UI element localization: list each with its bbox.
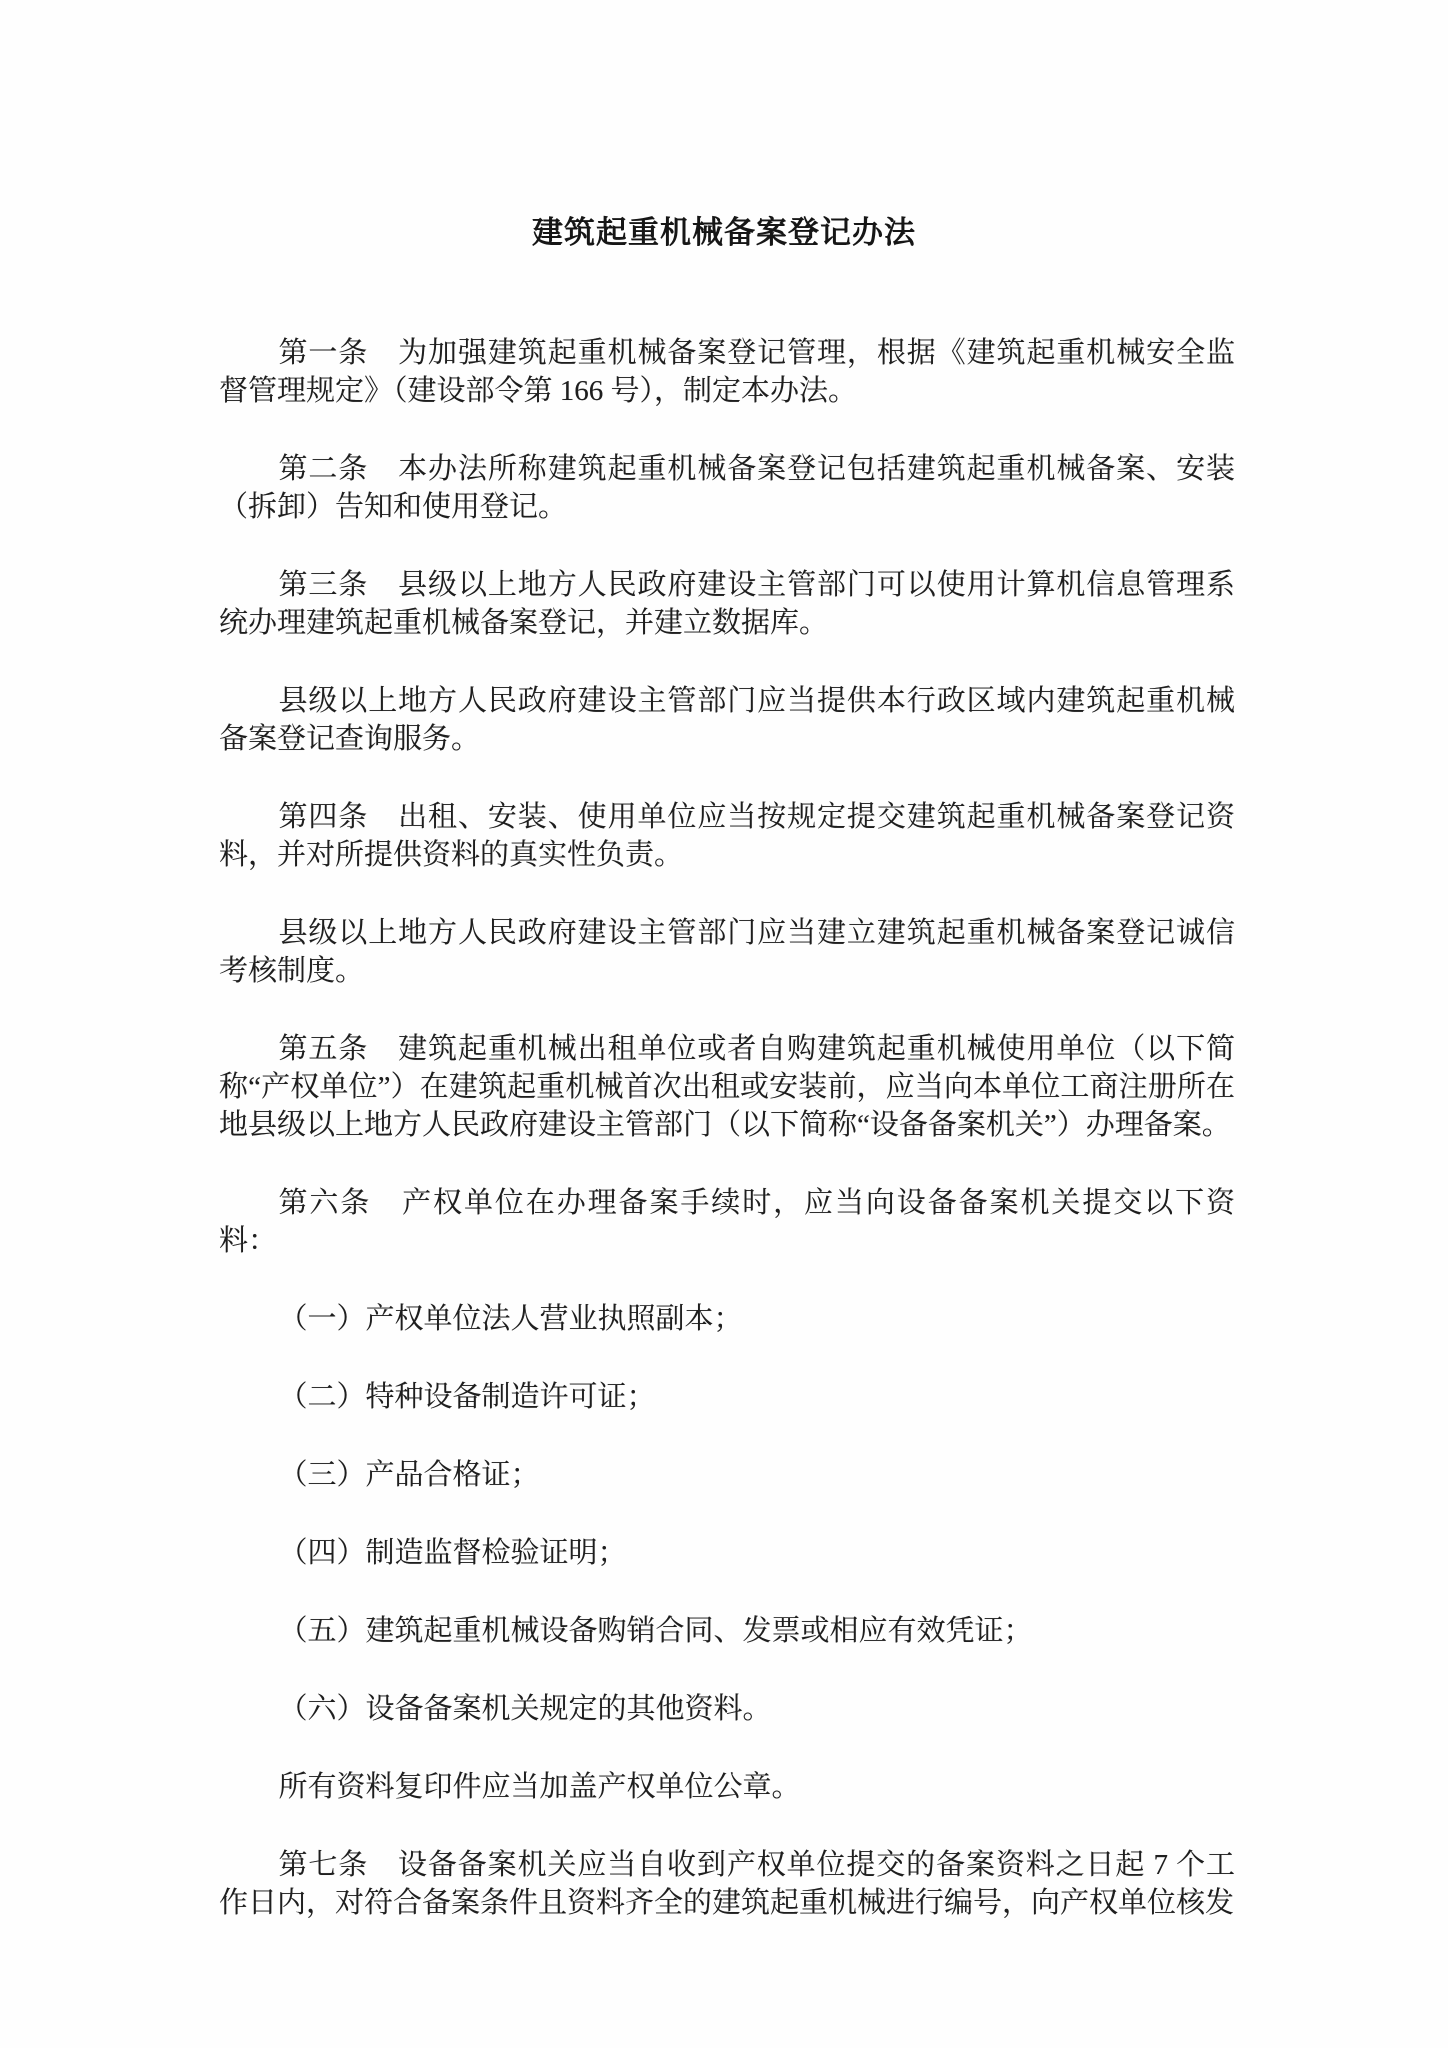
paragraph-seal-note: 所有资料复印件应当加盖产权单位公章。: [219, 1768, 1235, 1806]
paragraph-article-7: 第七条 设备备案机关应当自收到产权单位提交的备案资料之日起 7 个工作日内，对符…: [219, 1846, 1235, 1922]
list-item-4: （四）制造监督检验证明；: [219, 1534, 1235, 1572]
list-item-3: （三）产品合格证；: [219, 1456, 1235, 1494]
paragraph-article-6: 第六条 产权单位在办理备案手续时，应当向设备备案机关提交以下资料：: [219, 1184, 1235, 1260]
paragraph-article-4-cont: 县级以上地方人民政府建设主管部门应当建立建筑起重机械备案登记诚信考核制度。: [219, 914, 1235, 990]
list-item-1: （一）产权单位法人营业执照副本；: [219, 1300, 1235, 1338]
paragraph-article-5: 第五条 建筑起重机械出租单位或者自购建筑起重机械使用单位（以下简称“产权单位”）…: [219, 1030, 1235, 1144]
paragraph-article-1: 第一条 为加强建筑起重机械备案登记管理，根据《建筑起重机械安全监督管理规定》（建…: [219, 334, 1235, 410]
paragraph-article-4: 第四条 出租、安装、使用单位应当按规定提交建筑起重机械备案登记资料，并对所提供资…: [219, 798, 1235, 874]
list-item-6: （六）设备备案机关规定的其他资料。: [219, 1690, 1235, 1728]
list-item-2: （二）特种设备制造许可证；: [219, 1378, 1235, 1416]
paragraph-article-2: 第二条 本办法所称建筑起重机械备案登记包括建筑起重机械备案、安装（拆卸）告知和使…: [219, 450, 1235, 526]
paragraph-article-3: 第三条 县级以上地方人民政府建设主管部门可以使用计算机信息管理系统办理建筑起重机…: [219, 566, 1235, 642]
list-item-5: （五）建筑起重机械设备购销合同、发票或相应有效凭证；: [219, 1612, 1235, 1650]
document-title: 建筑起重机械备案登记办法: [0, 0, 1448, 252]
document-page: 建筑起重机械备案登记办法 第一条 为加强建筑起重机械备案登记管理，根据《建筑起重…: [0, 0, 1448, 2048]
paragraph-article-3-cont: 县级以上地方人民政府建设主管部门应当提供本行政区域内建筑起重机械备案登记查询服务…: [219, 682, 1235, 758]
document-body: 第一条 为加强建筑起重机械备案登记管理，根据《建筑起重机械安全监督管理规定》（建…: [219, 334, 1235, 1922]
